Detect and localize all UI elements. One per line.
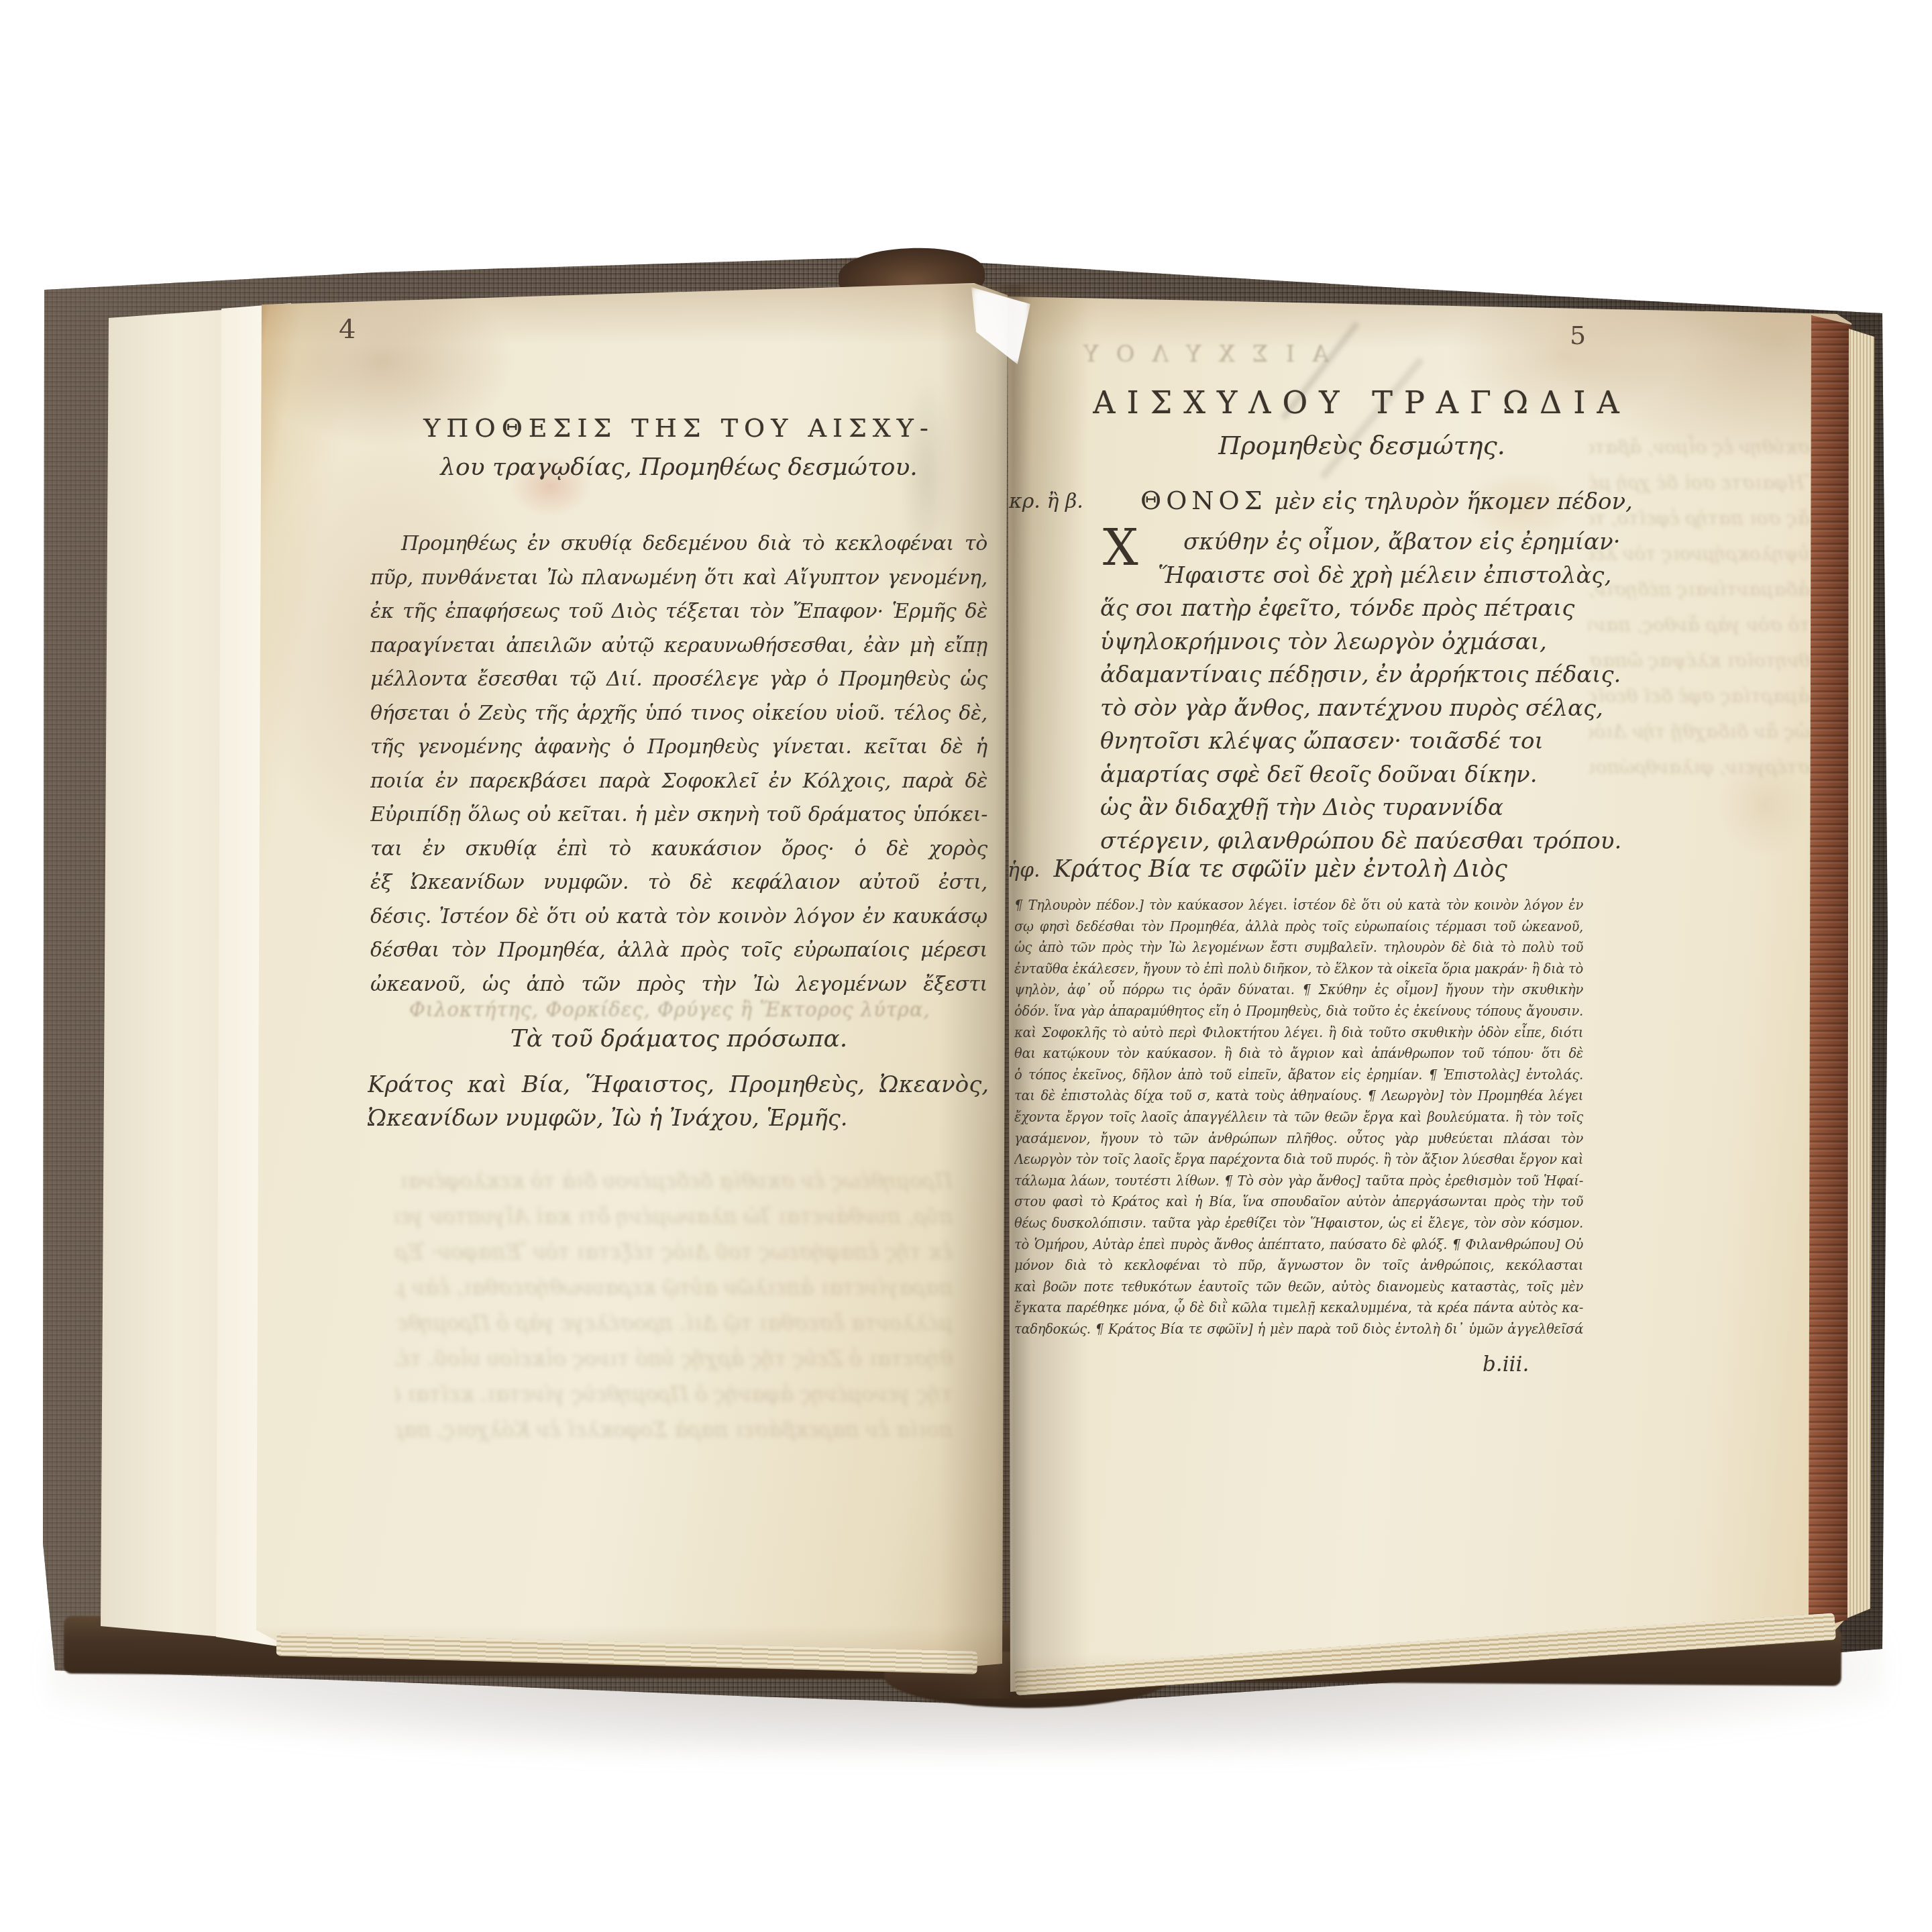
- ghost-text-line: ἀδαμαντίναις πέδῃσιν, ἐν ἀρρήκτοις πέδαι…: [1589, 572, 1810, 607]
- verse-line: ἀδαμαντίναις πέδῃσιν, ἐν ἀρρήκτοις πέδαι…: [1100, 659, 1621, 692]
- hypothesis-text-line: θήσεται ὁ Ζεὺς τῆς ἀρχῆς ὑπό τινος οἰκεί…: [370, 697, 987, 731]
- ghost-text-line: ἁμαρτίας σφὲ δεῖ θεοῖς δοῦναι δίκην.: [1589, 678, 1810, 714]
- speaker-margin-note: κρ. ἢ β.: [1009, 490, 1083, 513]
- ghost-text-line: ὑψηλοκρήμνοις τὸν λεωργὸν ὀχμάσαι,: [1589, 536, 1810, 572]
- hephaistos-speaker-abbrev: ἡφ.: [1008, 859, 1040, 882]
- hephaistos-line: ἡφ.Κράτος Βία τε σφῶϊν μὲν ἐντολὴ Διὸς: [1008, 856, 1507, 883]
- verse-line: ὡς ἂν διδαχθῇ τὴν Διὸς τυραννίδα: [1100, 792, 1621, 825]
- hypothesis-text-line: ται ἐν σκυθίᾳ ἐπὶ τὸ καυκάσιον ὄρος· ὁ δ…: [370, 833, 987, 867]
- opening-small-caps: ΘΟΝΟΣ: [1140, 486, 1267, 515]
- commentary-line: ὁ τόπος ἐκεῖνος, δῆλον ἀπὸ τοῦ εἰπεῖν, ἄ…: [1014, 1065, 1583, 1086]
- commentary-line: ἔγκατα παρέθηκε μόνα, ᾧ δὲ διῒ κῶλα τιμε…: [1014, 1297, 1583, 1319]
- commentary-line: ψηλὸν, ἀφ᾽ οὗ πόρρω τις ὁρᾶν δύναται. ¶ …: [1014, 979, 1583, 1001]
- commentary-line: θαι κατῴκουν τὸν καύκασον. ἢ διὰ τὸ ἄγρι…: [1014, 1043, 1583, 1065]
- page-number-left: 4: [339, 314, 356, 345]
- commentary-line: ται δὲ ἐπιστολὰς δίχα τοῦ σ, κατὰ τοὺς ἀ…: [1014, 1085, 1583, 1107]
- ghost-text-line: θνητοῖσι κλέψας ὤπασεν· τοιᾶσδέ τοι: [1589, 643, 1810, 678]
- ghost-text-line: μέλλοντα ἔσεσθαι τῷ Διί. προσέλεγε γὰρ ὁ…: [396, 1306, 953, 1342]
- hephaistos-verse: Κράτος Βία τε σφῶϊν μὲν ἐντολὴ Διὸς: [1054, 856, 1507, 883]
- show-through-ghost-line: Φιλοκτήτης, Φορκίδες, Φρύγες ἢ Ἕκτορος λ…: [409, 998, 973, 1021]
- dramatis-personae-heading: Τὰ τοῦ δράματος πρόσωπα.: [370, 1025, 987, 1053]
- ghost-text-line: θήσεται ὁ Ζεὺς τῆς ἀρχῆς ὑπό τινος οἰκεί…: [396, 1342, 953, 1377]
- hypothesis-text-line: Εὐριπίδῃ ὅλως οὐ κεῖται. ἡ μὲν σκηνὴ τοῦ…: [370, 798, 987, 833]
- paper-stain: [1717, 751, 1811, 859]
- commentary-line: Λεωργὸν τὸν τοῖς λαοῖς ἔργα παρέχοντα δι…: [1014, 1149, 1583, 1171]
- ghost-text-line: τῆς γενομένης ἀφανὴς ὁ Προμηθεὺς γίνεται…: [396, 1377, 953, 1413]
- hypothesis-text-line: δέσθαι τὸν Προμηθέα, ἀλλὰ πρὸς τοῖς εὐρω…: [370, 934, 987, 968]
- verse-line: ὑψηλοκρήμνοις τὸν λεωργὸν ὀχμάσαι,: [1100, 626, 1621, 659]
- scholia-commentary: ¶ Τηλουρὸν πέδον.] τὸν καύκασον λέγει. ἰ…: [1014, 895, 1583, 1340]
- hypothesis-text-line: δέσις. Ἰστέον δὲ ὅτι οὐ κατὰ τὸν κοινὸν …: [370, 900, 987, 934]
- commentary-line: σῳ φησὶ δεδέσθαι τὸν Προμηθέα, ἀλλὰ πρὸς…: [1014, 916, 1583, 938]
- commentary-line: τάλωμα λάων, τουτέστι λίθων. ¶ Τὸ σὸν γὰ…: [1014, 1171, 1583, 1192]
- hypothesis-text-line: ποιία ἐν παρεκβάσει παρὰ Σοφοκλεῖ ἐν Κόλ…: [370, 765, 987, 799]
- photo-of-open-book: { "palette": { "cover_brown": "#5f5346",…: [0, 0, 1932, 1932]
- commentary-line: καὶ Σοφοκλῆς τὸ αὐτὸ περὶ Φιλοκτήτου λέγ…: [1014, 1022, 1583, 1044]
- verse-line: τὸ σὸν γὰρ ἄνθος, παντέχνου πυρὸς σέλας,: [1100, 692, 1621, 726]
- ghost-text-line: ποιία ἐν παρεκβάσει παρὰ Σοφοκλεῖ ἐν Κόλ…: [396, 1413, 953, 1446]
- verse-opening-line: ΘΟΝΟΣ μὲν εἰς τηλυρὸν ἥκομεν πέδον,: [1140, 486, 1633, 515]
- hypothesis-text-line: πῦρ, πυνθάνεται Ἰὼ πλανωμένη ὅτι καὶ Αἴγ…: [370, 561, 987, 596]
- tragedy-title: ΑΙΣΧΥΛΟΥ ΤΡΑΓΩΔΙΑ: [1026, 384, 1697, 421]
- verse-block: σκύθην ἐς οἶμον, ἄβατον εἰς ἐρημίαν·Ἥφαι…: [1100, 526, 1621, 858]
- ghost-text-line: παραγίνεται ἀπειλῶν αὐτῷ κεραυνωθήσεσθαι…: [396, 1271, 953, 1306]
- verse-line: Ἥφαιστε σοὶ δὲ χρὴ μέλειν ἐπιστολὰς,: [1158, 559, 1621, 593]
- verse-line: στέργειν, φιλανθρώπου δὲ παύεσθαι τρόπου…: [1100, 825, 1621, 859]
- commentary-line: ἔχοντα ἔργον τοῖς λαοῖς ἀπαγγέλλειν τὰ τ…: [1014, 1107, 1583, 1128]
- ghost-text-line: Προμηθέως ἐν σκυθίᾳ δεδεμένου διὰ τὸ κεκ…: [396, 1164, 953, 1199]
- verse-line: ἅς σοι πατὴρ ἐφεῖτο, τόνδε πρὸς πέτραις: [1100, 592, 1621, 626]
- ghost-text-line: τὸ σὸν γὰρ ἄνθος, παντέχνου πυρὸς σέλας,: [1589, 607, 1810, 643]
- dramatis-personae-list: Κράτος καὶ Βία, Ἥφαιστος, Προμηθεὺς, Ὠκε…: [368, 1068, 989, 1135]
- hypothesis-heading-line1: ΥΠΟΘΕΣΙΣ ΤΗΣ ΤΟΥ ΑΙΣΧΥ-: [370, 413, 987, 443]
- hypothesis-text-line: ὠκεανοῦ, ὡς ἀπὸ τῶν πρὸς τὴν Ἰὼ λεγομένω…: [370, 968, 987, 1002]
- ghost-text-line: πῦρ, πυνθάνεται Ἰὼ πλανωμένη ὅτι καὶ Αἴγ…: [396, 1199, 953, 1235]
- hypothesis-text-line: Προμηθέως ἐν σκυθίᾳ δεδεμένου διὰ τὸ κεκ…: [370, 527, 987, 561]
- commentary-line: ἐνταῦθα ἐκάλεσεν, ἤγουν τὸ ἐπὶ πολὺ διῆκ…: [1014, 959, 1583, 980]
- dramatis-personae-line: Ὠκεανίδων νυμφῶν, Ἰὼ ἡ Ἰνάχου, Ἑρμῆς.: [368, 1102, 989, 1135]
- show-through-ghost-header: ΑΙΣΧΥΛΟΥ: [1050, 341, 1345, 368]
- page-number-right: 5: [1570, 321, 1586, 350]
- commentary-line: καὶ βοῶν ποτε τεθυκότων ἑαυτοῖς τῶν θεῶν…: [1014, 1277, 1583, 1298]
- verse-line: θνητοῖσι κλέψας ὤπασεν· τοιᾶσδέ τοι: [1100, 725, 1621, 759]
- hypothesis-text-line: μέλλοντα ἔσεσθαι τῷ Διί. προσέλεγε γὰρ ὁ…: [370, 663, 987, 697]
- hypothesis-text-line: τῆς γενομένης ἀφανὴς ὁ Προμηθεὺς γίνεται…: [370, 731, 987, 765]
- commentary-line: τὸ Ὁμήρου, Αὐτὰρ ἐπεὶ πυρὸς ἄνθος ἀπέπτα…: [1014, 1234, 1583, 1256]
- commentary-line: ¶ Τηλουρὸν πέδον.] τὸν καύκασον λέγει. ἰ…: [1014, 895, 1583, 916]
- ghost-text-line: ὡς ἂν διδαχθῇ τὴν Διὸς τυραννίδα: [1589, 714, 1810, 749]
- commentary-line: στου φασὶ τὸ Κράτος καὶ ἡ Βία, ἵνα σπουδ…: [1014, 1191, 1583, 1213]
- commentary-line: ταδηδοκώς. ¶ Κράτος Βία τε σφῶϊν] ἡ μὲν …: [1014, 1319, 1583, 1340]
- hypothesis-text-line: ἐξ Ὠκεανίδων νυμφῶν. τὸ δὲ κεφάλαιον αὐτ…: [370, 866, 987, 900]
- verse-line: ἁμαρτίας σφὲ δεῖ θεοῖς δοῦναι δίκην.: [1100, 759, 1621, 792]
- gathering-signature: b.iii.: [1483, 1352, 1529, 1377]
- commentary-line: ὡς ἀπὸ τῶν πρὸς τὴν Ἰὼ λεγομένων ἔστι συ…: [1014, 937, 1583, 959]
- commentary-line: γασάμενον, ἤγουν τὸ τῶν ἀνθρώπων πλῆθος.…: [1014, 1128, 1583, 1150]
- hypothesis-heading-line2: λου τραγῳδίας, Προμηθέως δεσμώτου.: [370, 453, 987, 481]
- hypothesis-paragraph: Προμηθέως ἐν σκυθίᾳ δεδεμένου διὰ τὸ κεκ…: [370, 527, 987, 1002]
- hypothesis-text-line: παραγίνεται ἀπειλῶν αὐτῷ κεραυνωθήσεσθαι…: [370, 629, 987, 663]
- verse-line: σκύθην ἐς οἶμον, ἄβατον εἰς ἐρημίαν·: [1183, 526, 1621, 559]
- commentary-line: ὁδόν. ἵνα γὰρ ἀπαραμύθητος εἴη ὁ Προμηθε…: [1014, 1001, 1583, 1022]
- opening-line-rest: μὲν εἰς τηλυρὸν ἥκομεν πέδον,: [1267, 488, 1633, 515]
- show-through-ghost-block-left: Προμηθέως ἐν σκυθίᾳ δεδεμένου διὰ τὸ κεκ…: [396, 1164, 953, 1446]
- ghost-text-line: ἐκ τῆς ἐπαφήσεως τοῦ Διὸς τέξεται τὸν Ἔπ…: [396, 1235, 953, 1271]
- commentary-line: μόνον διὰ τὸ κεκλοφέναι τὸ πῦρ, ἄγνωστον…: [1014, 1255, 1583, 1277]
- hypothesis-text-line: ἐκ τῆς ἐπαφήσεως τοῦ Διὸς τέξεται τὸν Ἔπ…: [370, 595, 987, 629]
- commentary-line: θέως δυσκολόπισιν. ταῦτα γὰρ ἐρεθίζει τὸ…: [1014, 1213, 1583, 1234]
- dramatis-personae-line: Κράτος καὶ Βία, Ἥφαιστος, Προμηθεὺς, Ὠκε…: [368, 1068, 989, 1102]
